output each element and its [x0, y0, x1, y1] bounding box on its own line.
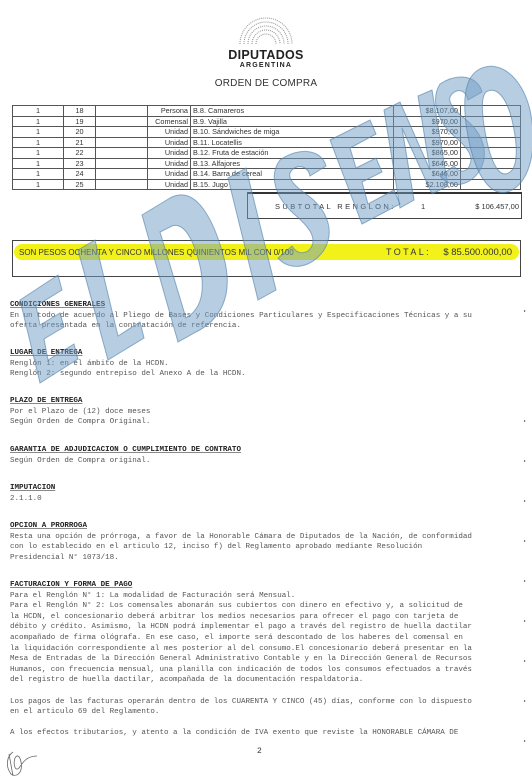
- document-page: DIPUTADOS ARGENTINA ORDEN DE COMPRA 118P…: [0, 0, 532, 780]
- subtotal-box: SUBTOTAL RENGLON: 1 $ 106.457,00: [247, 192, 522, 219]
- total-label: TOTAL:: [386, 247, 431, 257]
- cell-descripcion: B.13. Alfajores: [191, 158, 394, 169]
- cell-item: 22: [64, 148, 96, 159]
- cell-unidad: Unidad: [148, 127, 191, 138]
- cell-blank: [96, 116, 148, 127]
- section-garantia: GARANTIA DE ADJUDICACION O CUMPLIMIENTO …: [10, 445, 241, 466]
- cell-precio: $970,00: [394, 137, 461, 148]
- section-body: Por el Plazo de (12) doce meses Según Or…: [10, 408, 150, 427]
- cell-total: [461, 137, 521, 148]
- cell-blank: [96, 127, 148, 138]
- subtotal-renglon: 1: [421, 202, 425, 211]
- cell-precio: $2.108,00: [394, 179, 461, 190]
- cell-item: 19: [64, 116, 96, 127]
- table-row: 125UnidadB.15. Jugo$2.108,00: [13, 179, 521, 190]
- table-row: 119ComensalB.9. Vajilla$970,00: [13, 116, 521, 127]
- section-body: 2.1.1.0: [10, 495, 42, 503]
- cell-unidad: Persona: [148, 106, 191, 117]
- cell-precio: $865,00: [394, 148, 461, 159]
- section-facturacion: FACTURACION Y FORMA DE PAGO Para el Reng…: [10, 580, 472, 739]
- cell-renglon: 1: [13, 179, 64, 190]
- cell-unidad: Unidad: [148, 148, 191, 159]
- chamber-hemicycle-logo: [236, 14, 296, 46]
- cell-total: [461, 158, 521, 169]
- cell-renglon: 1: [13, 148, 64, 159]
- subtotal-amount: $ 106.457,00: [475, 202, 519, 211]
- section-heading: OPCION A PRORROGA: [10, 522, 87, 530]
- brand-country: ARGENTINA: [0, 62, 532, 69]
- cell-item: 18: [64, 106, 96, 117]
- payment-terms: Los pagos de las facturas operarán dentr…: [10, 698, 472, 717]
- cell-descripcion: B.15. Jugo: [191, 179, 394, 190]
- cell-blank: [96, 106, 148, 117]
- table-row: 120UnidadB.10. Sándwiches de miga$970,00: [13, 127, 521, 138]
- cell-precio: $970,00: [394, 127, 461, 138]
- cell-renglon: 1: [13, 158, 64, 169]
- cell-total: [461, 106, 521, 117]
- cell-blank: [96, 179, 148, 190]
- section-body: Según Orden de Compra original.: [10, 457, 150, 465]
- document-title: ORDEN DE COMPRA: [0, 78, 532, 89]
- cell-unidad: Comensal: [148, 116, 191, 127]
- cell-descripcion: B.11. Locatellis: [191, 137, 394, 148]
- section-body: Para el Renglón N° 1: La modalidad de Fa…: [10, 592, 472, 685]
- section-heading: PLAZO DE ENTREGA: [10, 397, 82, 405]
- section-imputacion: IMPUTACION 2.1.1.0: [10, 483, 55, 504]
- cell-item: 21: [64, 137, 96, 148]
- cell-renglon: 1: [13, 169, 64, 180]
- cell-unidad: Unidad: [148, 169, 191, 180]
- cell-item: 25: [64, 179, 96, 190]
- section-body: En un todo de acuerdo al Pliego de Bases…: [10, 312, 472, 331]
- page-number: 2: [257, 747, 262, 756]
- cell-renglon: 1: [13, 137, 64, 148]
- cell-total: [461, 169, 521, 180]
- cell-total: [461, 116, 521, 127]
- cell-precio: $646,00: [394, 158, 461, 169]
- total-box: SON PESOS OCHENTA Y CINCO MILLONES QUINI…: [12, 240, 521, 277]
- section-body: Resta una opción de prórroga, a favor de…: [10, 533, 472, 562]
- cell-descripcion: B.12. Fruta de estación: [191, 148, 394, 159]
- signature-initials: [3, 748, 43, 778]
- subtotal-label: SUBTOTAL RENGLON:: [275, 202, 396, 211]
- section-prorroga: OPCION A PRORROGA Resta una opción de pr…: [10, 521, 472, 563]
- cell-renglon: 1: [13, 127, 64, 138]
- table-row: 123UnidadB.13. Alfajores$646,00: [13, 158, 521, 169]
- section-heading: IMPUTACION: [10, 484, 55, 492]
- brand-name: DIPUTADOS: [0, 48, 532, 62]
- section-body: Renglón 1: en el ámbito de la HCDN. Reng…: [10, 360, 246, 379]
- cell-renglon: 1: [13, 106, 64, 117]
- cell-renglon: 1: [13, 116, 64, 127]
- cell-precio: $646,00: [394, 169, 461, 180]
- table-row: 121UnidadB.11. Locatellis$970,00: [13, 137, 521, 148]
- cell-unidad: Unidad: [148, 158, 191, 169]
- table-row: 122UnidadB.12. Fruta de estación$865,00: [13, 148, 521, 159]
- cell-blank: [96, 137, 148, 148]
- margin-marks: [522, 300, 528, 760]
- cell-blank: [96, 169, 148, 180]
- cell-descripcion: B.9. Vajilla: [191, 116, 394, 127]
- cell-descripcion: B.14. Barra de cereal: [191, 169, 394, 180]
- cell-precio: $970,00: [394, 116, 461, 127]
- cell-item: 24: [64, 169, 96, 180]
- cell-item: 20: [64, 127, 96, 138]
- section-plazo-entrega: PLAZO DE ENTREGA Por el Plazo de (12) do…: [10, 396, 150, 428]
- cell-unidad: Unidad: [148, 179, 191, 190]
- table-row: 118PersonaB.8. Camareros$8.107,00: [13, 106, 521, 117]
- section-lugar-entrega: LUGAR DE ENTREGA Renglón 1: en el ámbito…: [10, 348, 246, 380]
- cell-total: [461, 179, 521, 190]
- section-heading: FACTURACION Y FORMA DE PAGO: [10, 581, 132, 589]
- cell-descripcion: B.10. Sándwiches de miga: [191, 127, 394, 138]
- section-heading: CONDICIONES GENERALES: [10, 301, 105, 309]
- items-table: 118PersonaB.8. Camareros$8.107,00119Come…: [12, 105, 521, 190]
- section-heading: GARANTIA DE ADJUDICACION O CUMPLIMIENTO …: [10, 446, 241, 454]
- cell-blank: [96, 148, 148, 159]
- cell-item: 23: [64, 158, 96, 169]
- cell-descripcion: B.8. Camareros: [191, 106, 394, 117]
- table-row: 124UnidadB.14. Barra de cereal$646,00: [13, 169, 521, 180]
- tax-note: A los efectos tributarios, y atento a la…: [10, 729, 458, 737]
- total-in-words: SON PESOS OCHENTA Y CINCO MILLONES QUINI…: [19, 248, 294, 257]
- section-condiciones: CONDICIONES GENERALES En un todo de acue…: [10, 300, 472, 332]
- cell-blank: [96, 158, 148, 169]
- cell-unidad: Unidad: [148, 137, 191, 148]
- cell-precio: $8.107,00: [394, 106, 461, 117]
- total-amount: $ 85.500.000,00: [443, 247, 512, 258]
- cell-total: [461, 148, 521, 159]
- cell-total: [461, 127, 521, 138]
- section-heading: LUGAR DE ENTREGA: [10, 349, 82, 357]
